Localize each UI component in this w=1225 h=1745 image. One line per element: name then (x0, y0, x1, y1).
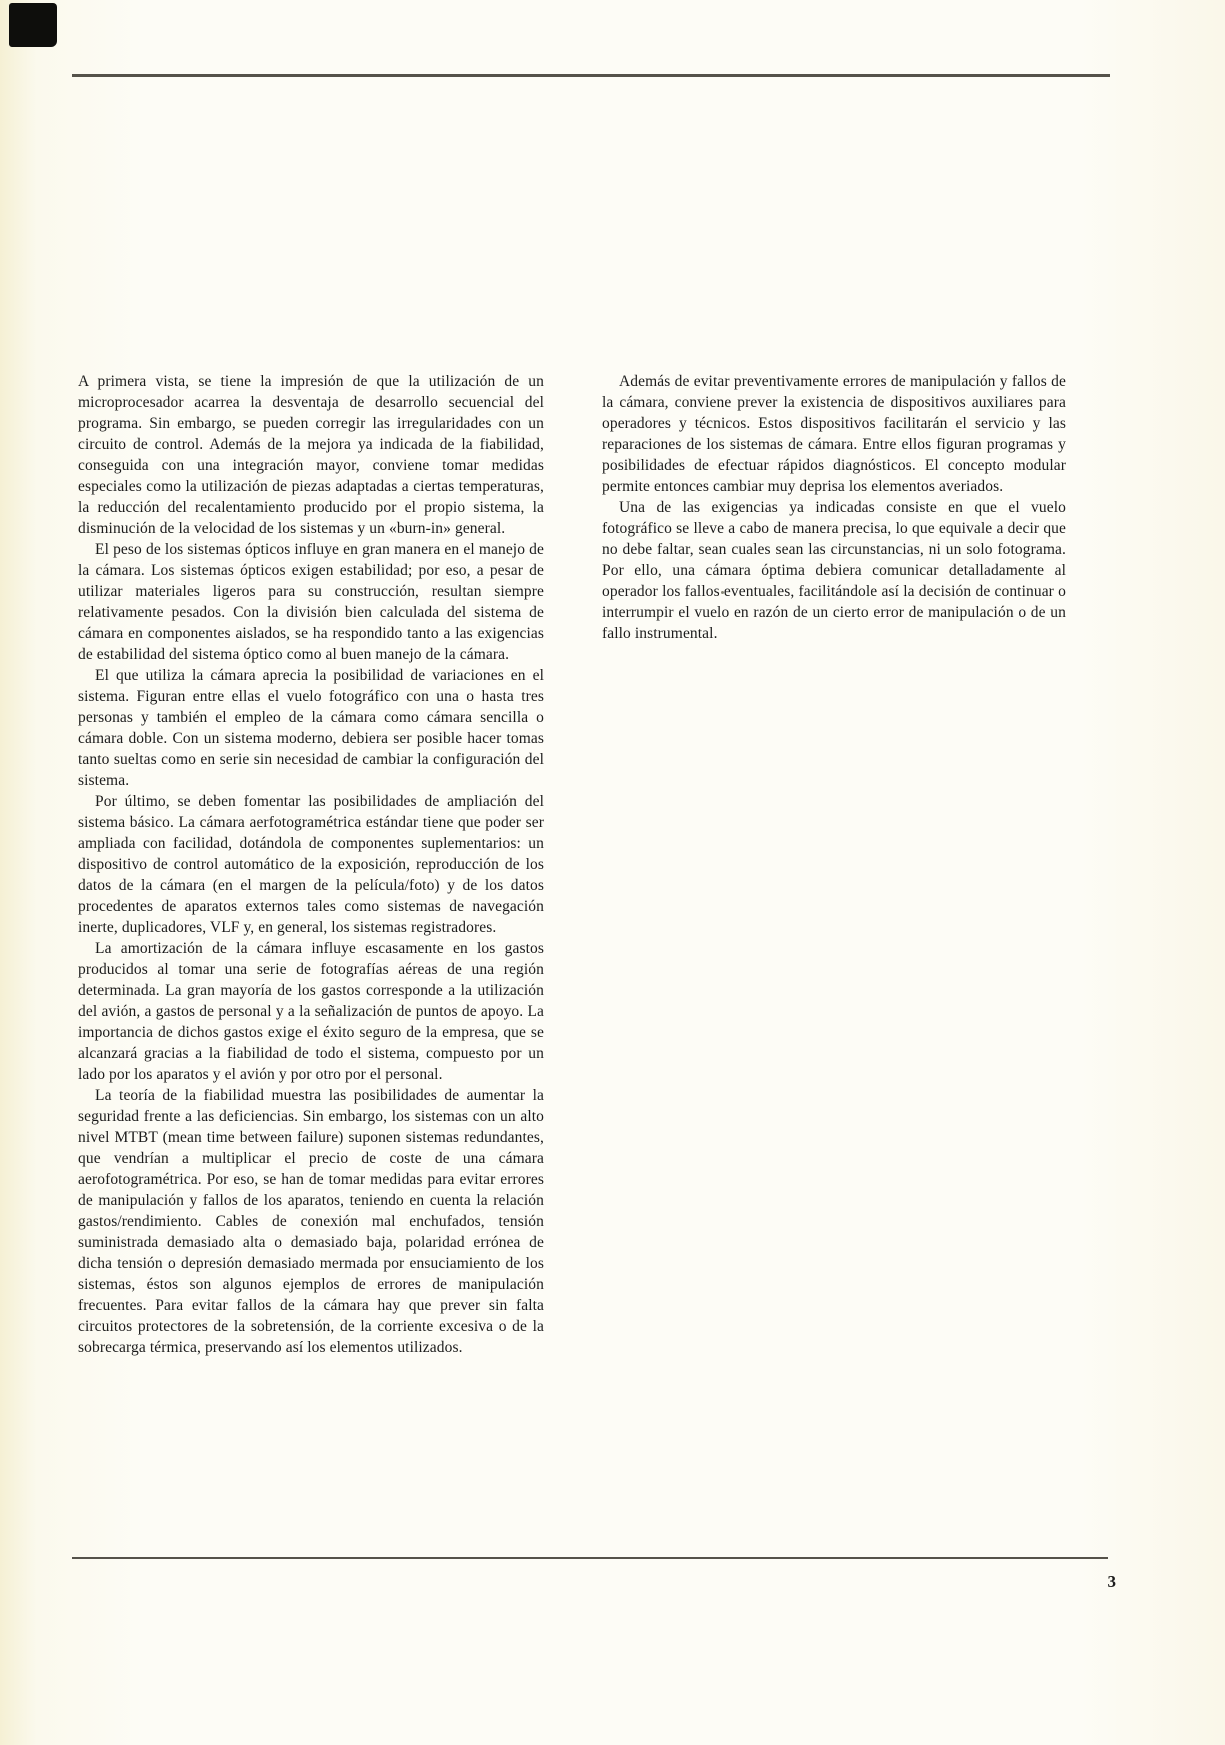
top-rule (72, 74, 1110, 77)
paragraph: Por último, se deben fomentar las posibi… (78, 791, 544, 938)
paragraph: A primera vista, se tiene la impresión d… (78, 371, 544, 539)
scan-artifact-mark (9, 3, 57, 47)
left-column: A primera vista, se tiene la impresión d… (78, 371, 544, 1358)
scan-speck (721, 591, 724, 594)
text-columns: A primera vista, se tiene la impresión d… (78, 371, 1066, 1358)
paragraph: La teoría de la fiabilidad muestra las p… (78, 1085, 544, 1358)
right-column: Además de evitar preventivamente errores… (602, 371, 1066, 1358)
paragraph: Además de evitar preventivamente errores… (602, 371, 1066, 497)
paragraph: El que utiliza la cámara aprecia la posi… (78, 665, 544, 791)
paragraph: El peso de los sistemas ópticos influye … (78, 539, 544, 665)
page-number: 3 (1092, 1572, 1116, 1592)
paragraph: Una de las exigencias ya indicadas consi… (602, 497, 1066, 644)
document-page: A primera vista, se tiene la impresión d… (0, 0, 1225, 1745)
bottom-rule (72, 1557, 1108, 1559)
paragraph: La amortización de la cámara influye esc… (78, 938, 544, 1085)
